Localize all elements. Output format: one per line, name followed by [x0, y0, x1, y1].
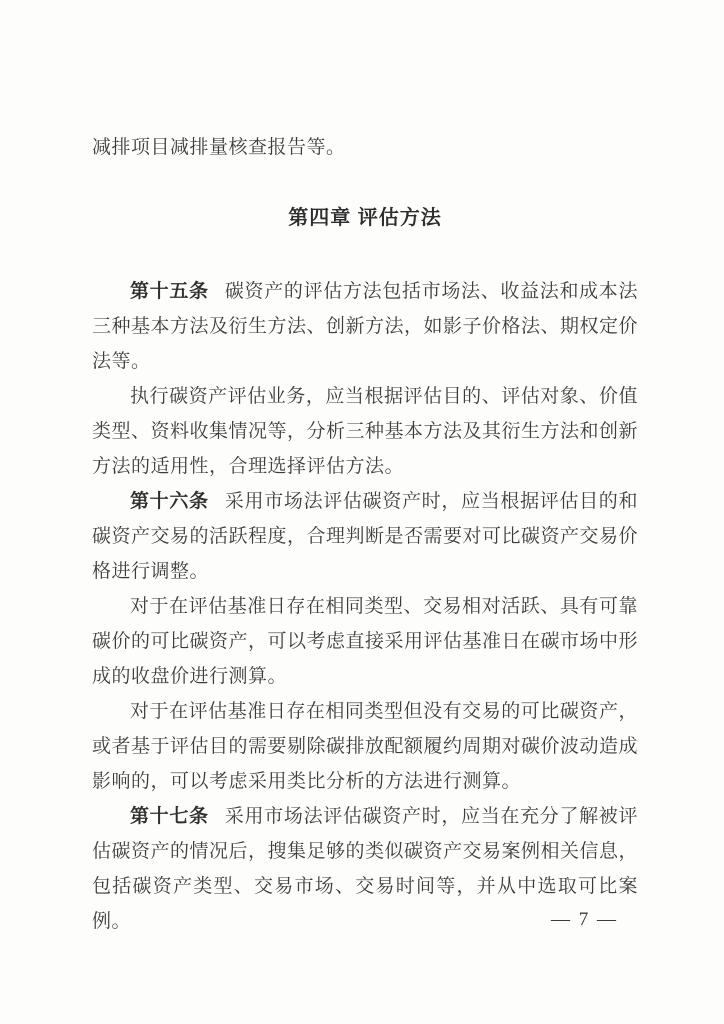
article-number: 第十七条 [130, 806, 209, 827]
article-number: 第十六条 [130, 491, 209, 512]
paragraph-text: 对于在评估基准日存在相同类型但没有交易的可比碳资产，或者基于评估目的需要剔除碳排… [92, 701, 638, 792]
paragraph-continuation: 减排项目减排量核查报告等。 [92, 130, 638, 165]
paragraph-body: 对于在评估基准日存在相同类型、交易相对活跃、具有可靠碳价的可比碳资产，可以考虑直… [92, 589, 638, 694]
paragraph-article-16: 第十六条采用市场法评估碳资产时，应当根据评估目的和碳资产交易的活跃程度，合理判断… [92, 484, 638, 589]
article-number: 第十五条 [130, 281, 209, 302]
document-body: 减排项目减排量核查报告等。 第四章 评估方法 第十五条碳资产的评估方法包括市场法… [92, 130, 638, 939]
page-number: — 7 — [551, 906, 618, 934]
chapter-heading: 第四章 评估方法 [92, 201, 638, 236]
paragraph-body: 执行碳资产评估业务，应当根据评估目的、评估对象、价值类型、资料收集情况等，分析三… [92, 379, 638, 484]
paragraph-body: 对于在评估基准日存在相同类型但没有交易的可比碳资产，或者基于评估目的需要剔除碳排… [92, 694, 638, 799]
paragraph-article-15: 第十五条碳资产的评估方法包括市场法、收益法和成本法三种基本方法及衍生方法、创新方… [92, 274, 638, 379]
document-page: 减排项目减排量核查报告等。 第四章 评估方法 第十五条碳资产的评估方法包括市场法… [0, 0, 724, 1024]
paragraph-text: 对于在评估基准日存在相同类型、交易相对活跃、具有可靠碳价的可比碳资产，可以考虑直… [92, 596, 638, 687]
paragraph-text: 执行碳资产评估业务，应当根据评估目的、评估对象、价值类型、资料收集情况等，分析三… [92, 386, 638, 477]
